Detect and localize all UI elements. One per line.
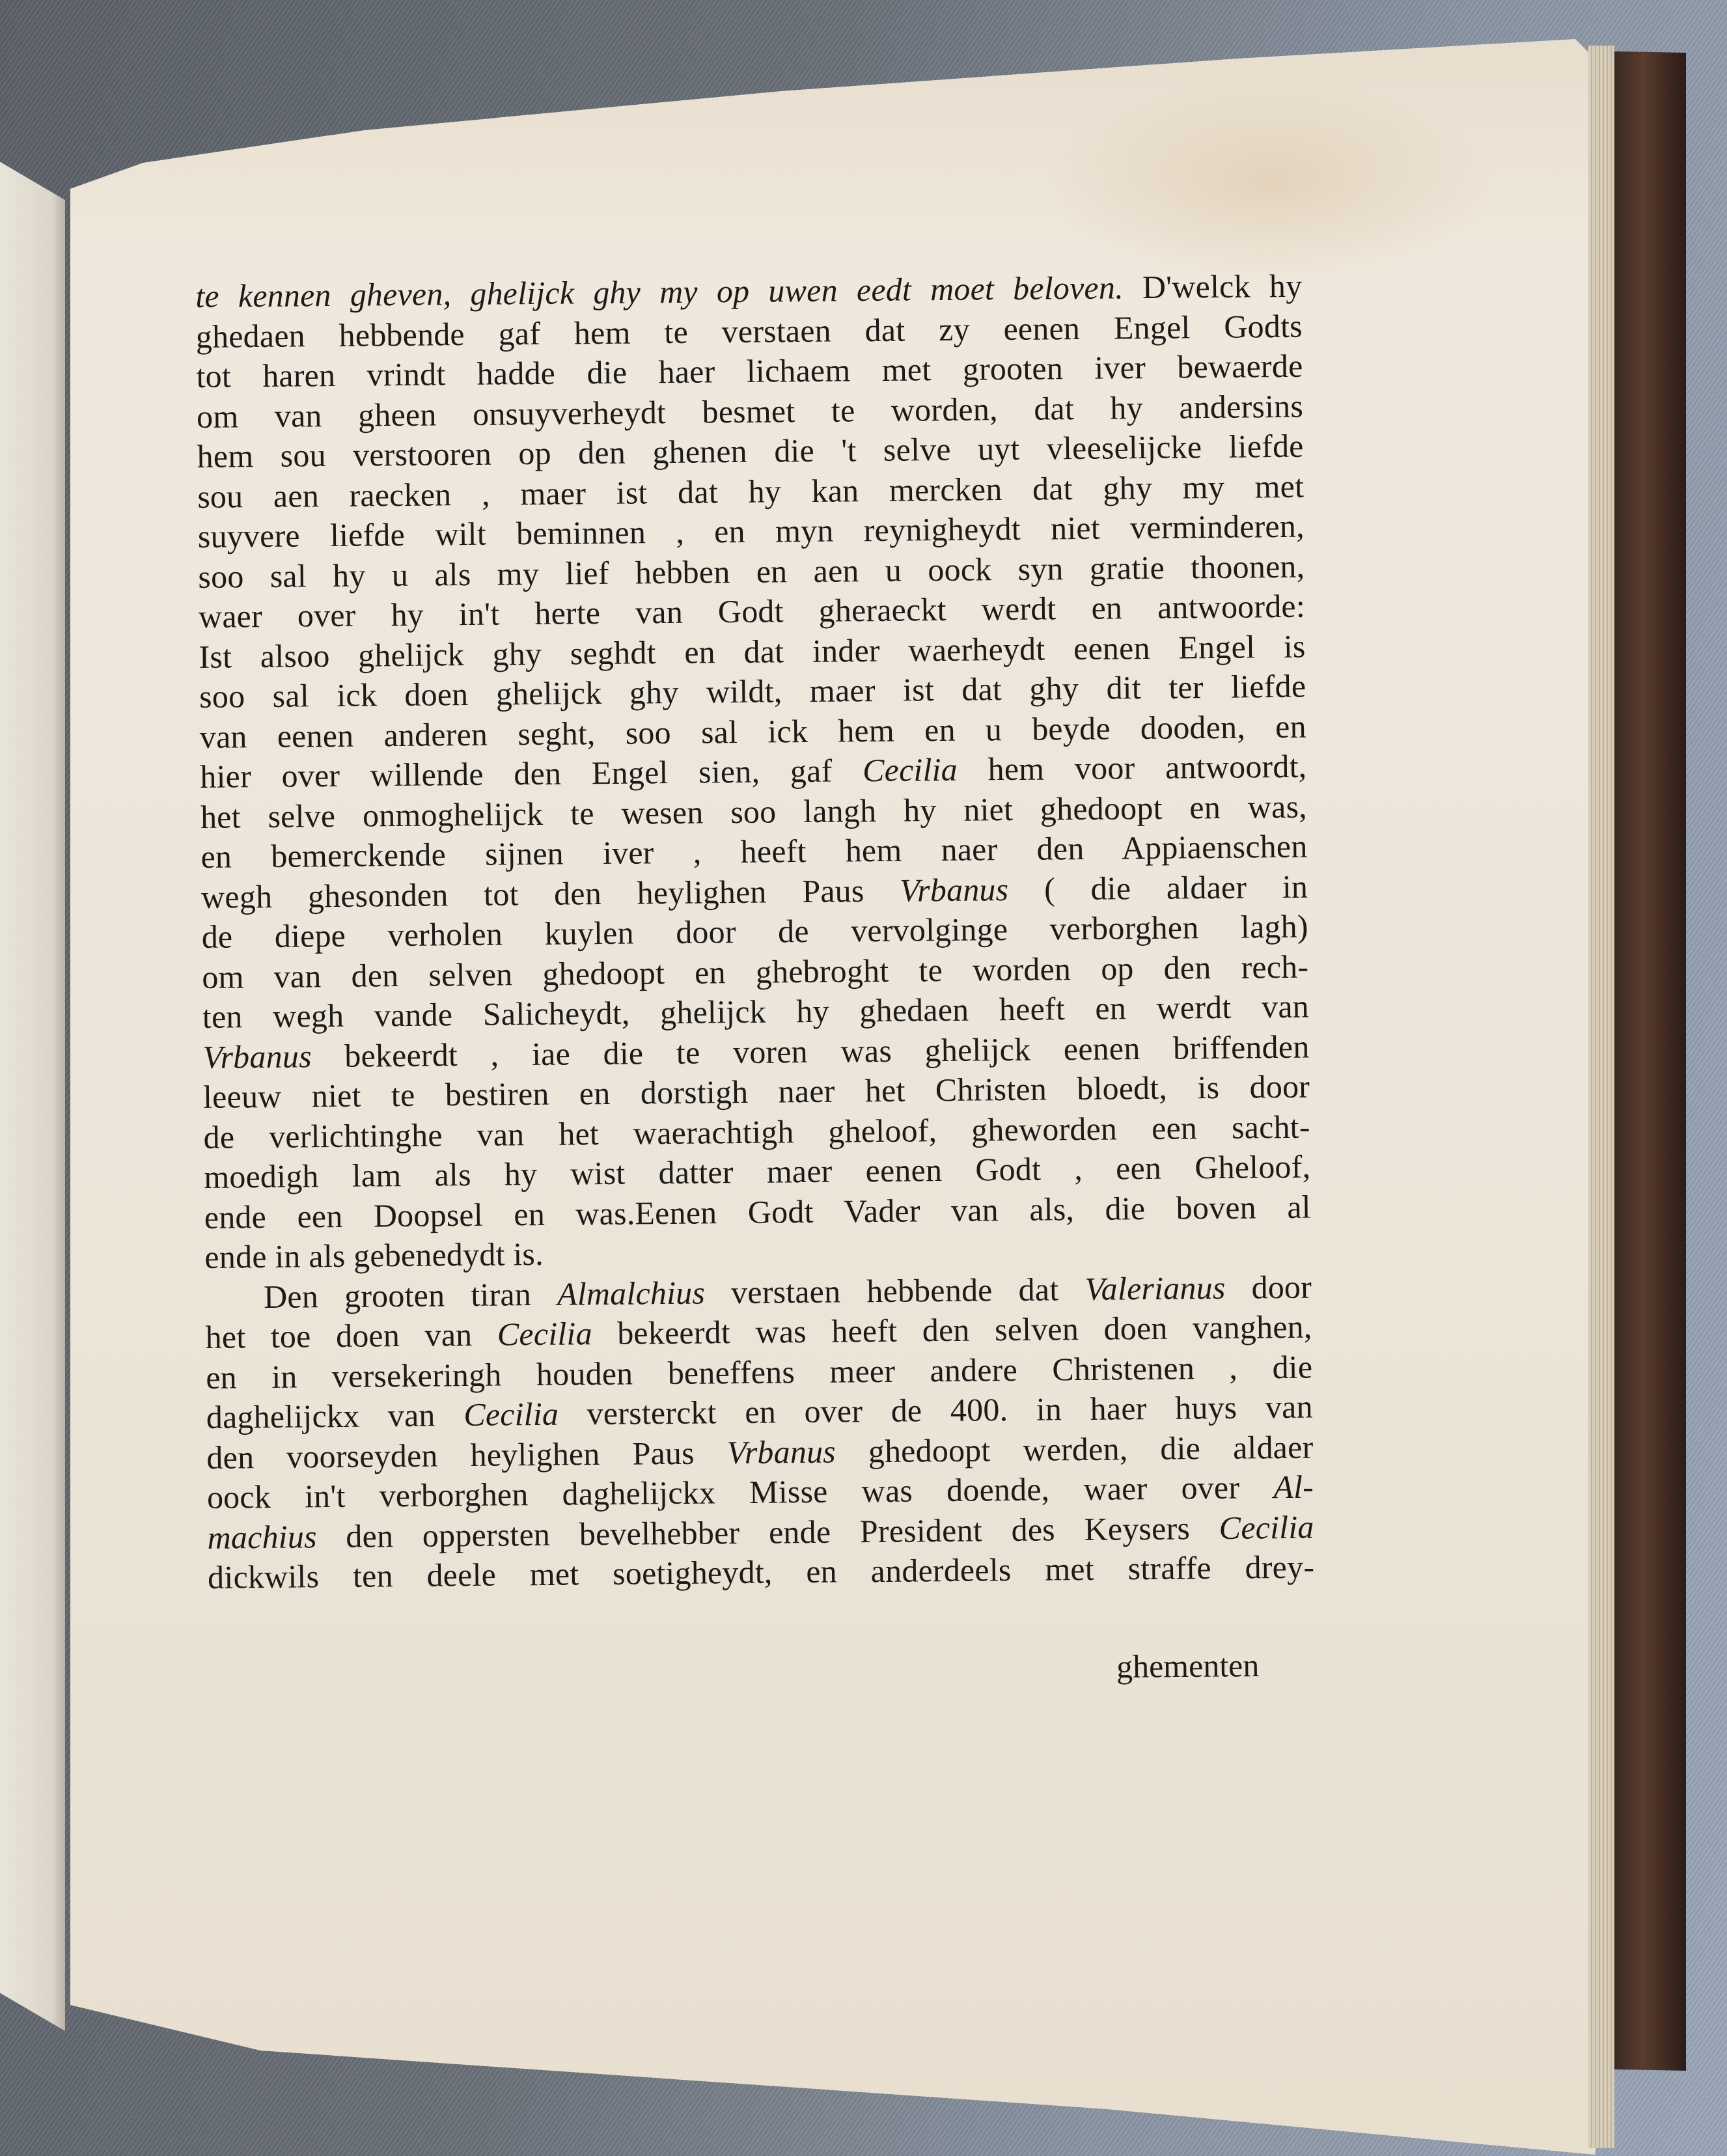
page-text-block: te kennen gheven, ghelijck ghy my op uwe… — [195, 266, 1314, 1598]
italic-name: Cecilia — [497, 1315, 592, 1352]
italic-name: Cecilia — [463, 1396, 559, 1433]
catchword: ghementen — [1116, 1646, 1260, 1685]
italic-name: Cecilia — [863, 751, 958, 788]
italic-name: Vrbanus — [202, 1038, 312, 1075]
text-run: oock in't verborghen daghelijckx Misse w… — [207, 1469, 1274, 1515]
text-run: verstaen hebbende dat — [705, 1270, 1085, 1310]
book-binding-edge — [1614, 51, 1686, 2071]
text-run: ende in als gebenedydt is. — [204, 1236, 544, 1275]
text-run: bekeerdt , iae die te voren was ghelijck… — [311, 1028, 1309, 1074]
italic-name: Vrbanus — [900, 871, 1009, 909]
italic-name: Almalchius — [557, 1274, 706, 1312]
water-stain — [1042, 78, 1497, 286]
text-run: hier over willende den Engel sien, gaf — [200, 752, 863, 795]
text-run: hem voor antwoordt, — [958, 748, 1307, 788]
text-run: D'welck hy — [1123, 268, 1302, 306]
text-run: wegh ghesonden tot den heylighen Paus — [201, 872, 900, 915]
italic-name: machius — [207, 1518, 317, 1556]
text-run: ghedoopt werden, die aldaer — [836, 1428, 1314, 1469]
italic-name: Valerianus — [1085, 1269, 1225, 1306]
italic-name: te kennen gheven, ghelijck ghy my op uwe… — [195, 269, 1124, 314]
italic-name: Cecilia — [1219, 1508, 1314, 1545]
text-run: het toe doen van — [205, 1316, 497, 1355]
text-run: bekeerdt was heeft den selven doen vangh… — [592, 1308, 1312, 1352]
text-run: den voorseyden heylighen Paus — [206, 1434, 727, 1476]
text-run: daghelijckx van — [206, 1396, 464, 1435]
italic-name: Al- — [1273, 1469, 1314, 1506]
left-page-edge — [0, 124, 65, 2031]
text-run: door — [1225, 1268, 1312, 1305]
text-run: ( die aldaer in — [1008, 868, 1308, 907]
text-run: Den grooten tiran — [264, 1275, 558, 1314]
italic-name: Vrbanus — [726, 1433, 836, 1471]
text-run: versterckt en over de 400. in haer huys … — [559, 1389, 1313, 1432]
page-stack-edges — [1588, 46, 1614, 2148]
text-run: den oppersten bevelhebber ende President… — [316, 1509, 1219, 1554]
